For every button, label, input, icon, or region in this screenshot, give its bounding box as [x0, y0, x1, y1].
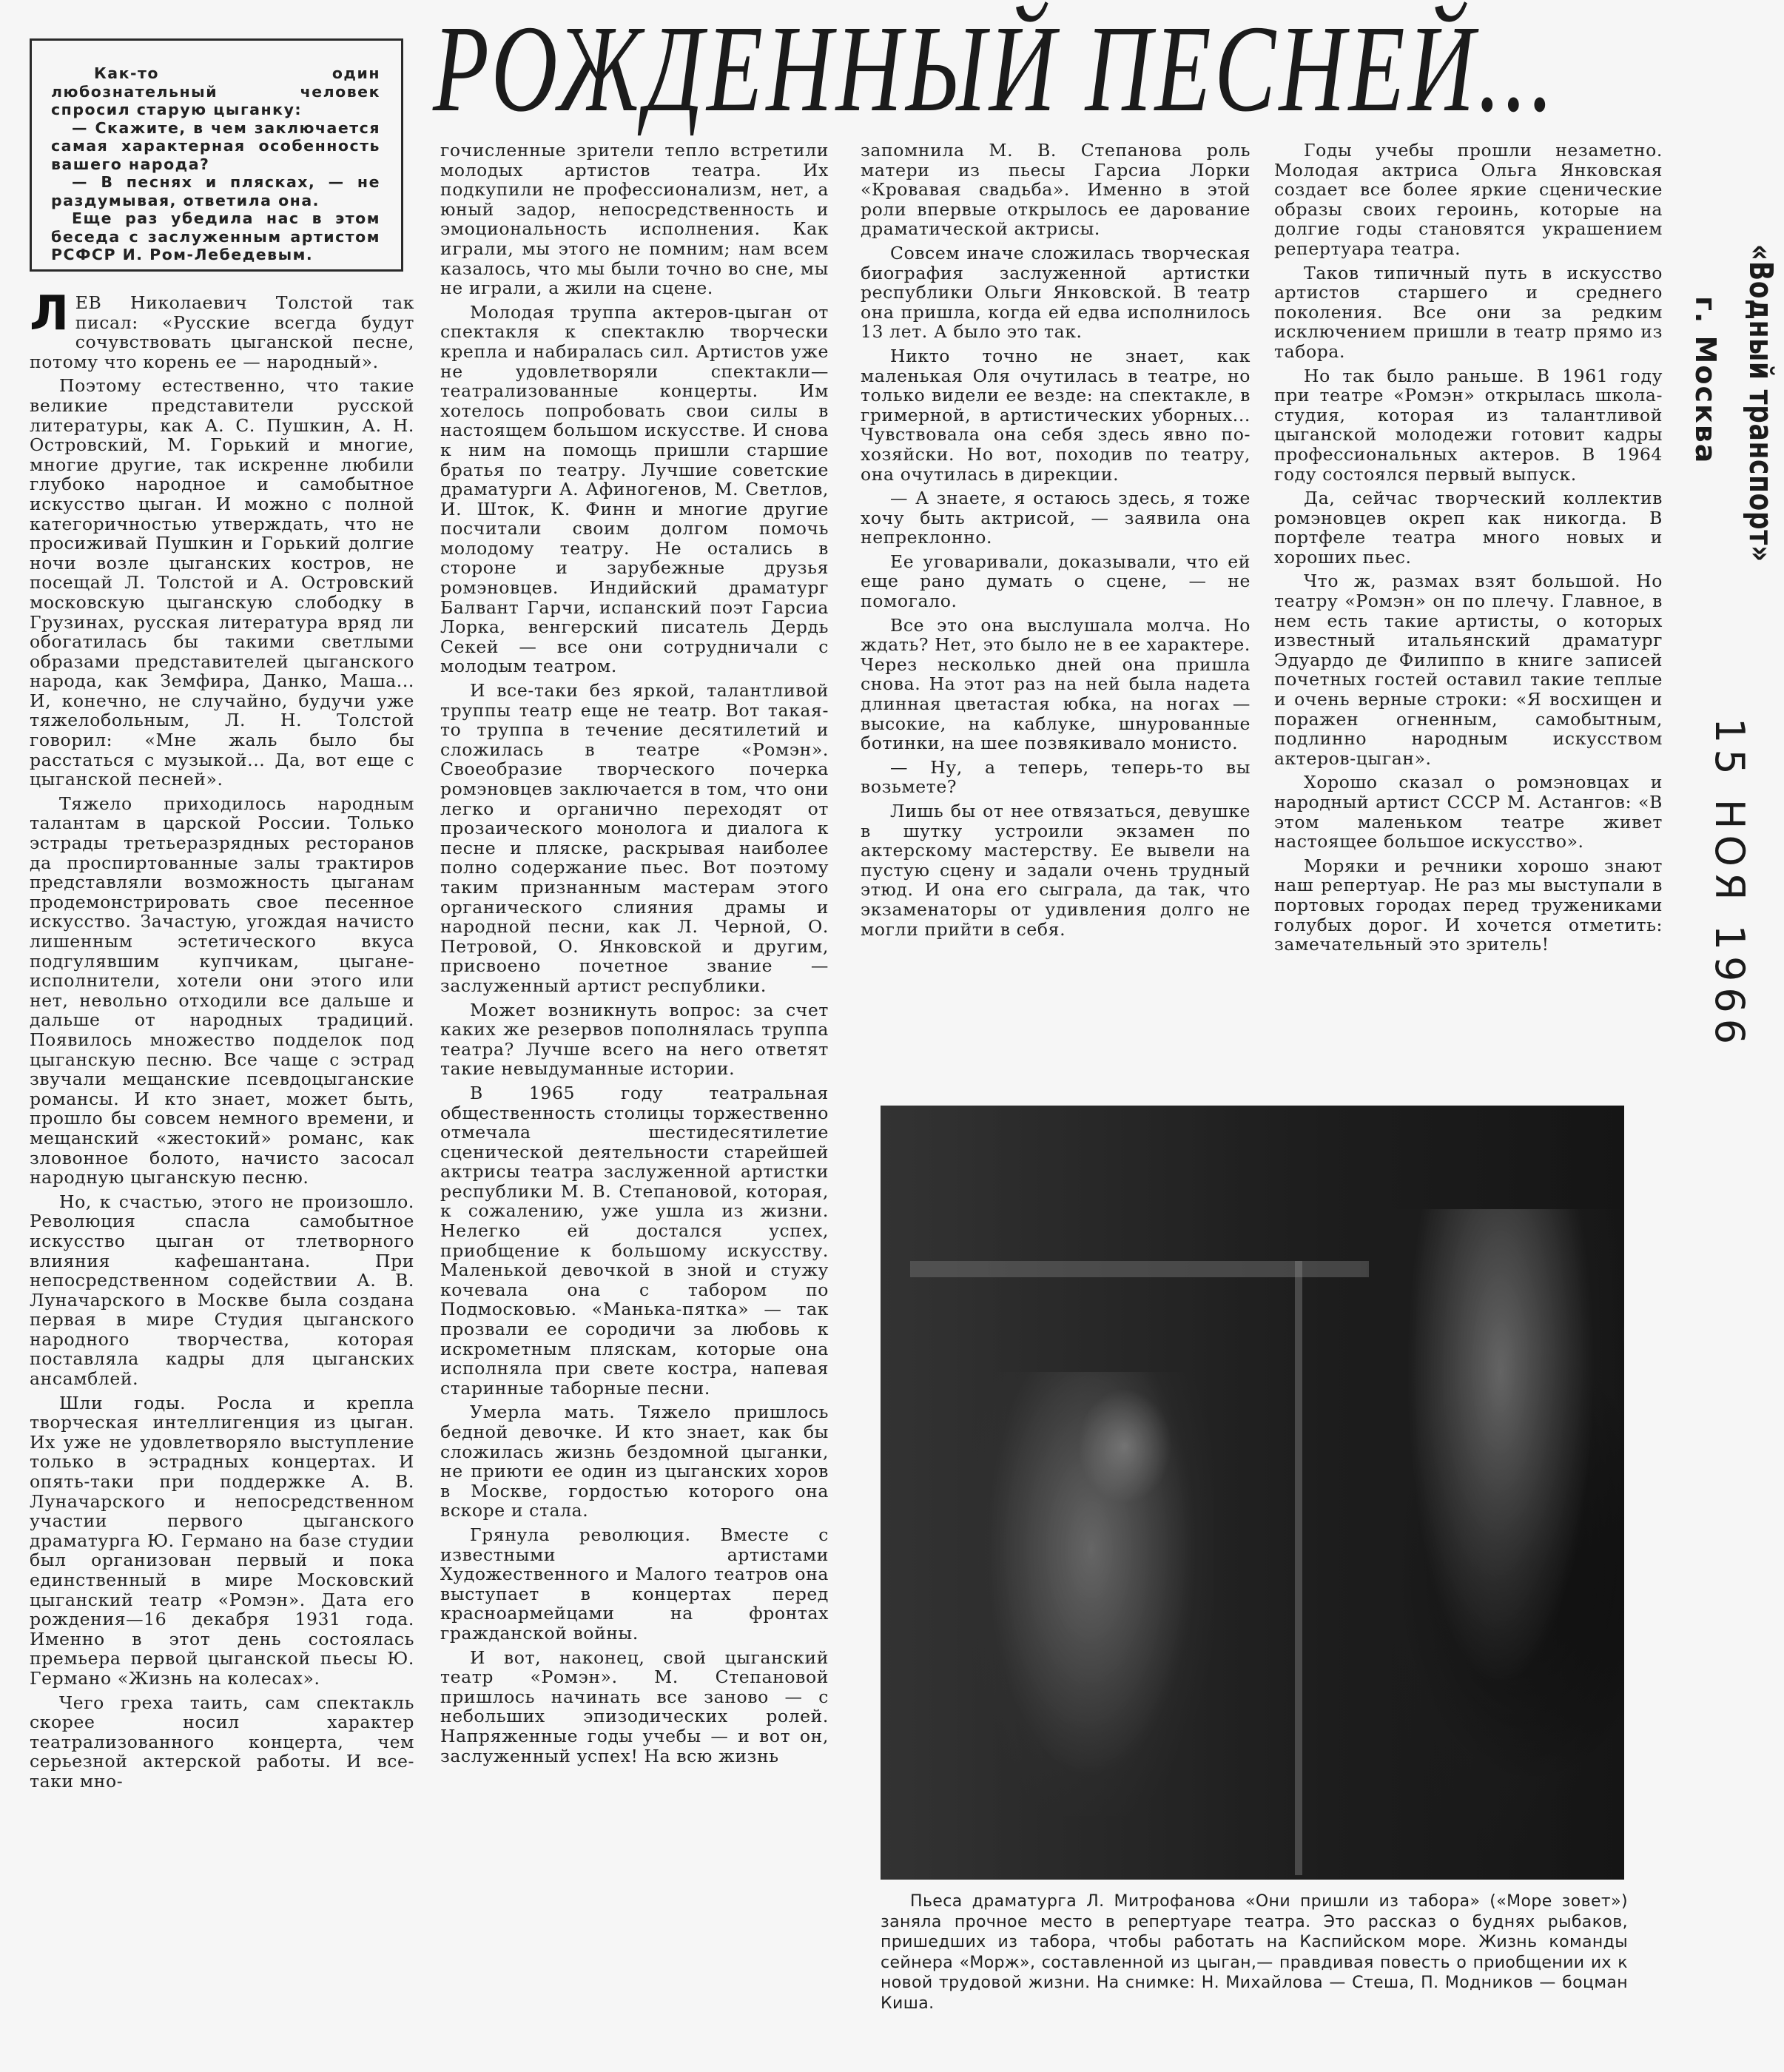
intro-paragraph: — В песнях и плясках, — не раздумывая, о…	[51, 173, 380, 209]
intro-paragraph: Как-то один любознательный человек спрос…	[51, 64, 380, 119]
article-paragraph: Все это она выслушала молча. Но ждать? Н…	[861, 616, 1251, 753]
photo-caption: Пьеса драматурга Л. Митрофанова «Они при…	[881, 1891, 1628, 2014]
article-paragraph: Таков типичный путь в искусство артистов…	[1274, 263, 1663, 362]
archive-stamp: «Водный транспорт» г. Москва 15 НОЯ 1966	[1683, 244, 1780, 992]
stamp-date: 15 НОЯ 1966	[1706, 718, 1753, 1050]
article-paragraph: В 1965 году театральная общественность с…	[440, 1083, 829, 1399]
article-paragraph: Что ж, размах взят большой. Но театру «Р…	[1274, 571, 1663, 768]
article-paragraph: Молодая труппа актеров-цыган от спектакл…	[440, 303, 829, 676]
drop-cap: Л	[30, 295, 70, 333]
article-paragraph: Годы учебы прошли незаметно. Молодая акт…	[1274, 141, 1663, 259]
photo-figure-actor	[1354, 1209, 1620, 1860]
photo-mast	[1295, 1261, 1302, 1875]
article-column-3: запомнила М. В. Степанова роль матери из…	[861, 141, 1251, 943]
article-paragraph: ЛЕВ Николаевич Толстой так писал: «Русск…	[30, 293, 414, 371]
article-paragraph: — Ну, а теперь, теперь-то вы возьмете?	[861, 758, 1251, 797]
article-paragraph: — А знаете, я остаюсь здесь, я тоже хочу…	[861, 488, 1251, 548]
article-paragraph: Шли годы. Росла и крепла творческая инте…	[30, 1393, 414, 1689]
article-paragraph: Моряки и речники хорошо знают наш реперт…	[1274, 856, 1663, 955]
article-paragraph: Ее уговаривали, доказывали, что ей еще р…	[861, 552, 1251, 611]
article-paragraph: запомнила М. В. Степанова роль матери из…	[861, 141, 1251, 239]
intro-box: Как-то один любознательный человек спрос…	[30, 38, 403, 272]
article-column-1: ЛЕВ Николаевич Толстой так писал: «Русск…	[30, 293, 414, 1796]
paragraph-text: ЕВ Николаевич Толстой так писал: «Русски…	[30, 292, 414, 372]
article-paragraph: И вот, наконец, свой цыганский театр «Ро…	[440, 1648, 829, 1766]
photo-figure-actress	[969, 1372, 1214, 1816]
article-paragraph: И все-таки без яркой, талантливой труппы…	[440, 681, 829, 996]
stamp-newspaper: «Водный транспорт»	[1742, 244, 1780, 562]
article-column-4: Годы учебы прошли незаметно. Молодая акт…	[1274, 141, 1663, 959]
article-column-2: гочисленные зрители тепло встретили моло…	[440, 141, 829, 1770]
stage-photo	[881, 1106, 1624, 1880]
article-paragraph: Хорошо сказал о ромэновцах и народный ар…	[1274, 773, 1663, 851]
article-paragraph: Но так было раньше. В 1961 году при теат…	[1274, 366, 1663, 485]
article-paragraph: Но, к счастью, этого не произошло. Револ…	[30, 1192, 414, 1389]
stamp-city: г. Москва	[1689, 296, 1722, 464]
article-paragraph: гочисленные зрители тепло встретили моло…	[440, 141, 829, 298]
article-paragraph: Поэтому естественно, что такие великие п…	[30, 376, 414, 789]
article-paragraph: Да, сейчас творческий коллектив ромэновц…	[1274, 488, 1663, 567]
article-paragraph: Может возникнуть вопрос: за счет каких ж…	[440, 1000, 829, 1079]
article-paragraph: Лишь бы от нее отвязаться, девушке в шут…	[861, 801, 1251, 939]
intro-paragraph: — Скажите, в чем заключается самая харак…	[51, 119, 380, 174]
headline: РОЖДЕННЫЙ ПЕСНЕЙ...	[433, 13, 1331, 124]
article-paragraph: Никто точно не знает, как маленькая Оля …	[861, 346, 1251, 484]
article-paragraph: Совсем иначе сложилась творческая биогра…	[861, 243, 1251, 342]
article-paragraph: Тяжело приходилось народным талантам в ц…	[30, 794, 414, 1188]
article-paragraph: Чего греха таить, сам спектакль скорее н…	[30, 1693, 414, 1792]
intro-paragraph: Еще раз убедила нас в этом беседа с засл…	[51, 209, 380, 264]
article-paragraph: Умерла мать. Тяжело пришлось бедной дево…	[440, 1402, 829, 1521]
article-paragraph: Грянула революция. Вместе с известными а…	[440, 1525, 829, 1644]
